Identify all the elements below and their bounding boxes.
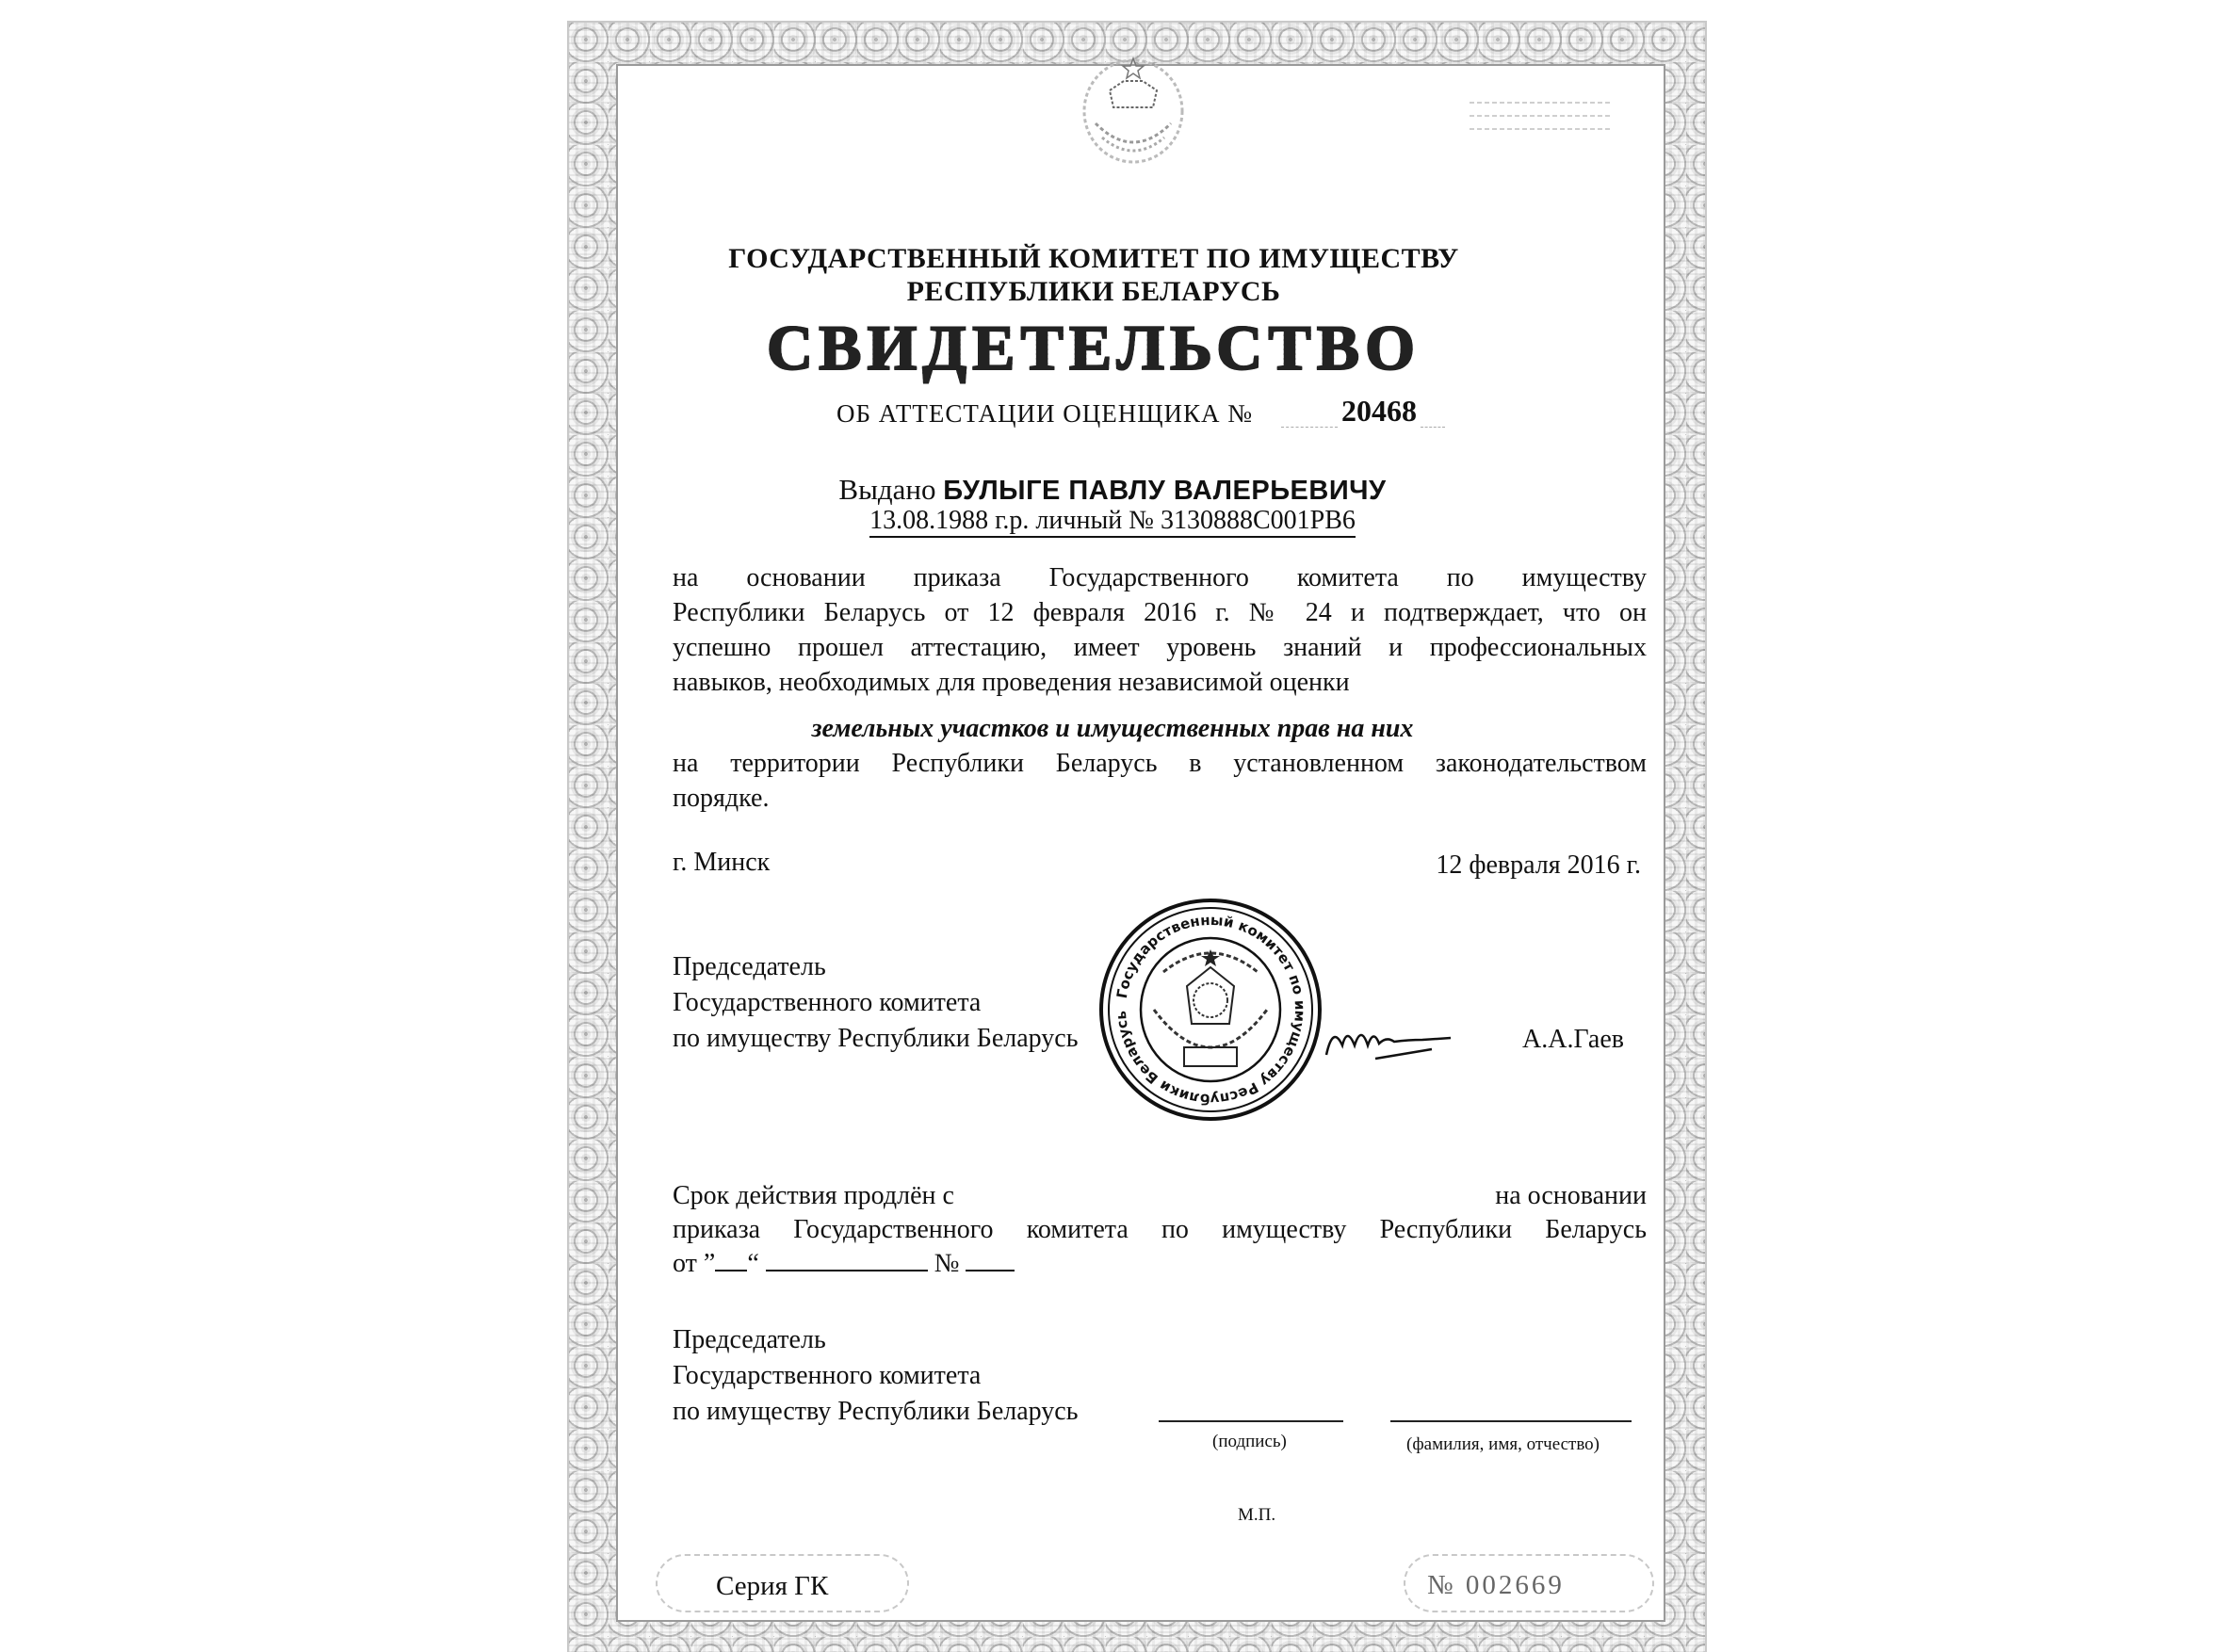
certificate-subtitle: ОБ АТТЕСТАЦИИ ОЦЕНЩИКА № bbox=[836, 399, 1253, 429]
issued-prefix: Выдано bbox=[838, 473, 935, 506]
close-quote: “ bbox=[747, 1247, 758, 1281]
extension-signatory-title: Председатель Государственного комитета п… bbox=[673, 1322, 1079, 1430]
extension-from-label: от bbox=[673, 1247, 697, 1281]
extension-order-line: приказа Государственного комитета по иму… bbox=[673, 1213, 1647, 1247]
signatory-title-line: Государственного комитета bbox=[673, 1358, 1079, 1394]
extension-label: Срок действия продлён с bbox=[673, 1179, 954, 1213]
official-seal-icon: Государственный комитет по имуществу Рес… bbox=[1097, 897, 1324, 1123]
body-line: Республики Беларусь от 12 февраля 2016 г… bbox=[673, 595, 1647, 630]
signatory-title: Председатель Государственного комитета п… bbox=[673, 949, 1079, 1057]
signatory-title-line: Председатель bbox=[673, 949, 1079, 985]
extension-day-field[interactable] bbox=[715, 1247, 747, 1271]
signatory-title-line: Государственного комитета bbox=[673, 985, 1079, 1021]
validity-extension-section: Срок действия продлён с на основании при… bbox=[673, 1179, 1647, 1281]
watermark-text bbox=[1470, 90, 1611, 141]
signature-caption: (подпись) bbox=[1212, 1432, 1287, 1452]
body-tail-paragraph: на территории Республики Беларусь в уста… bbox=[673, 746, 1647, 816]
signatory-title-line: по имуществу Республики Беларусь bbox=[673, 1394, 1079, 1430]
serial-number: № 002669 bbox=[1427, 1570, 1565, 1601]
body-line: порядке. bbox=[673, 781, 1647, 816]
series-label: Серия ГК bbox=[716, 1571, 828, 1602]
document-title: СВИДЕТЕЛЬСТВО bbox=[0, 311, 2206, 385]
extension-number-field[interactable] bbox=[966, 1247, 1015, 1271]
number-underline-right bbox=[1421, 427, 1445, 428]
document-title-text: СВИДЕТЕЛЬСТВО bbox=[767, 312, 1421, 383]
signatory-title-line: по имуществу Республики Беларусь bbox=[673, 1021, 1079, 1057]
recipient-name: БУЛЫГЕ ПАВЛУ ВАЛЕРЬЕВИЧУ bbox=[943, 476, 1386, 506]
signatory-title-line: Председатель bbox=[673, 1322, 1079, 1358]
body-line: на территории Республики Беларусь в уста… bbox=[673, 746, 1647, 781]
issuer-line-2: РЕСПУБЛИКИ БЕЛАРУСЬ bbox=[0, 276, 2206, 308]
issued-to-line: Выдано БУЛЫГЕ ПАВЛУ ВАЛЕРЬЕВИЧУ bbox=[0, 473, 2225, 507]
issue-city: г. Минск bbox=[673, 848, 770, 878]
birth-id-line: 13.08.1988 г.р. личный № 3130888С001РВ6 bbox=[0, 506, 2225, 536]
body-line: успешно прошел аттестацию, имеет уровень… bbox=[673, 630, 1647, 665]
signatory-name: А.А.Гаев bbox=[1522, 1025, 1624, 1055]
number-underline-left bbox=[1281, 427, 1338, 428]
extension-basis-label: на основании bbox=[1495, 1179, 1647, 1213]
certificate-number: 20468 bbox=[1341, 394, 1417, 429]
signature-mark-icon bbox=[1319, 1017, 1460, 1064]
body-line: на основании приказа Государственного ко… bbox=[673, 560, 1647, 595]
body-line: навыков, необходимых для проведения неза… bbox=[673, 665, 1647, 700]
issue-date: 12 февраля 2016 г. bbox=[1436, 850, 1641, 881]
birth-and-personal-number: 13.08.1988 г.р. личный № 3130888С001РВ6 bbox=[869, 506, 1356, 538]
signature-field[interactable] bbox=[1159, 1420, 1343, 1422]
extension-number-sign: № bbox=[934, 1247, 960, 1281]
full-name-caption: (фамилия, имя, отчество) bbox=[1406, 1434, 1600, 1455]
issuer-line-1: ГОСУДАРСТВЕННЫЙ КОМИТЕТ ПО ИМУЩЕСТВУ bbox=[0, 243, 2206, 275]
extension-month-field[interactable] bbox=[766, 1247, 928, 1271]
open-quote: ” bbox=[704, 1247, 715, 1281]
body-paragraph: на основании приказа Государственного ко… bbox=[673, 560, 1647, 700]
full-name-field[interactable] bbox=[1390, 1420, 1632, 1422]
state-emblem-icon bbox=[1072, 53, 1194, 166]
specialization: земельных участков и имущественных прав … bbox=[0, 714, 2225, 744]
seal-place-label: М.П. bbox=[1238, 1505, 1275, 1526]
